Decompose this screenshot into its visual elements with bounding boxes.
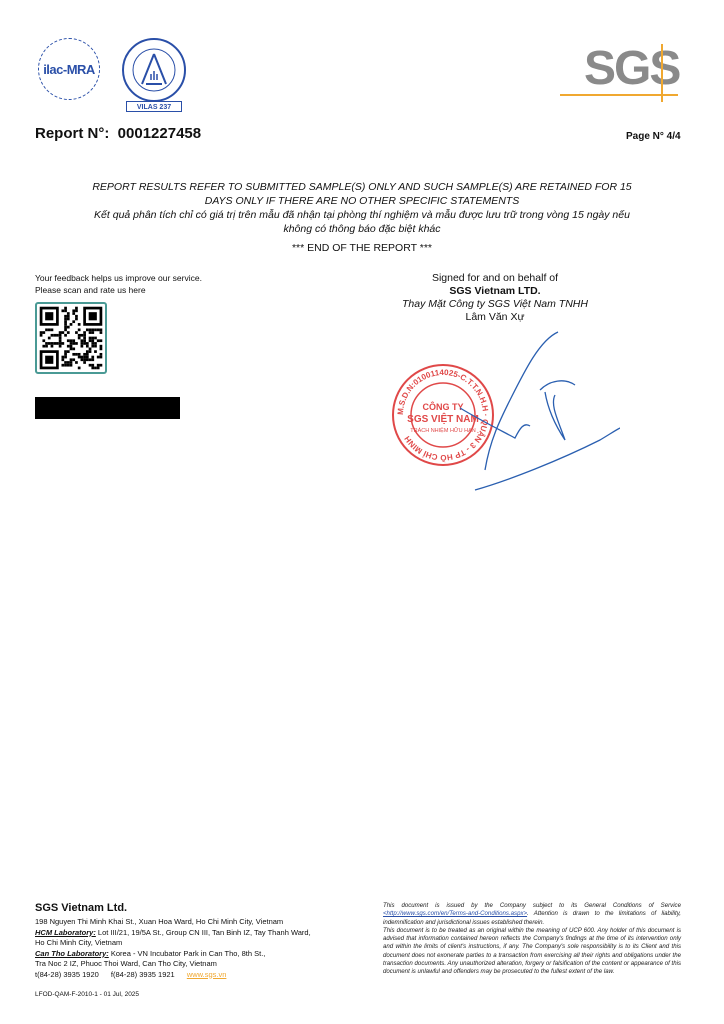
end-of-report: *** END OF THE REPORT ***: [60, 242, 664, 254]
signature-block: Signed for and on behalf of SGS Vietnam …: [380, 272, 610, 324]
statement-vi-line2: không có thông báo đặc biệt khác: [60, 222, 664, 236]
legal-text-1: This document is issued by the Company s…: [383, 902, 681, 909]
handwritten-signature: [440, 330, 620, 500]
sgs-logo-vertical-line: [661, 44, 663, 102]
footer-phone: t(84-28) 3935 1920: [35, 970, 99, 979]
statement-vi-line1: Kết quả phân tích chỉ có giá trị trên mẫ…: [60, 208, 664, 222]
feedback-line2: Please scan and rate us here: [35, 284, 202, 296]
signed-on-behalf: Signed for and on behalf of: [380, 272, 610, 285]
sgs-logo-text: SGS: [584, 44, 679, 94]
statement-en-line1: REPORT RESULTS REFER TO SUBMITTED SAMPLE…: [60, 180, 664, 194]
report-number-label: Report N°:: [35, 125, 109, 142]
bureau-of-accreditation-logo: [122, 38, 186, 102]
sgs-logo: SGS: [560, 44, 680, 100]
footer-addresses: 198 Nguyen Thi Minh Khai St., Xuan Hoa W…: [35, 917, 335, 980]
feedback-qr-code[interactable]: [35, 302, 107, 374]
footer-address: 198 Nguyen Thi Minh Khai St., Xuan Hoa W…: [35, 917, 335, 928]
hcm-lab-address2: Ho Chi Minh City, Vietnam: [35, 938, 335, 949]
signer-company: SGS Vietnam LTD.: [380, 285, 610, 298]
qr-code-icon: [37, 304, 105, 372]
ilac-logo-text: ilac-MRA: [42, 62, 96, 77]
form-code: LFOD-QAM-F-2010-1 - 01 Jul, 2025: [35, 991, 139, 998]
hcm-lab-label: HCM Laboratory:: [35, 928, 96, 937]
vilas-badge: VILAS 237: [126, 101, 182, 112]
signer-company-vi: Thay Mặt Công ty SGS Việt Nam TNHH: [380, 298, 610, 311]
signer-name: Lâm Văn Xự: [380, 311, 610, 324]
can-tho-lab-label: Can Tho Laboratory:: [35, 949, 109, 958]
legal-disclaimer: This document is issued by the Company s…: [383, 902, 681, 977]
feedback-line1: Your feedback helps us improve our servi…: [35, 272, 202, 284]
footer-website-link[interactable]: www.sgs.vn: [187, 970, 227, 979]
report-number-value: 0001227458: [118, 125, 201, 142]
footer-company-name: SGS Vietnam Ltd.: [35, 902, 127, 914]
page-number: Page N° 4/4: [626, 131, 681, 142]
report-number: Report N°: 0001227458: [35, 125, 201, 142]
retention-statement: REPORT RESULTS REFER TO SUBMITTED SAMPLE…: [60, 180, 664, 236]
statement-en-line2: DAYS ONLY IF THERE ARE NO OTHER SPECIFIC…: [60, 194, 664, 208]
ilac-mra-logo: ilac-MRA: [38, 38, 100, 100]
can-tho-lab-address1: Korea - VN Incubator Park in Can Tho, 8t…: [109, 949, 266, 958]
legal-text-3: This document is to be treated as an ori…: [383, 927, 681, 977]
redacted-block: [35, 397, 180, 419]
feedback-text: Your feedback helps us improve our servi…: [35, 272, 202, 296]
can-tho-lab-address2: Tra Noc 2 IZ, Phuoc Thoi Ward, Can Tho C…: [35, 959, 335, 970]
terms-link[interactable]: <http://www.sgs.com/en/Terms-and-Conditi…: [383, 910, 527, 917]
footer-fax: f(84-28) 3935 1921: [111, 970, 175, 979]
hcm-lab-address1: Lot III/21, 19/5A St., Group CN III, Tan…: [96, 928, 311, 937]
